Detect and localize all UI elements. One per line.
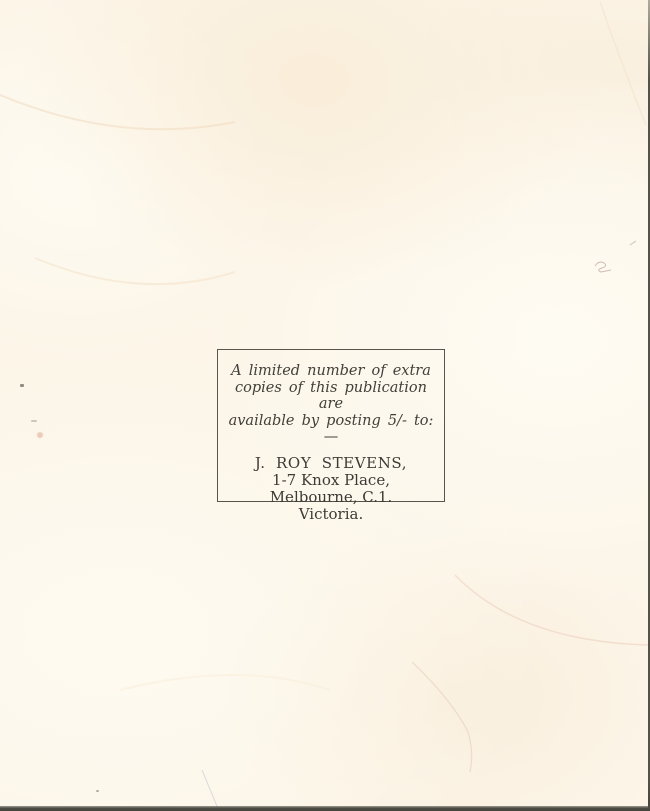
address-city: Melbourne, C.1. <box>222 489 440 506</box>
ink-speck-small <box>96 790 99 792</box>
page-edge-bottom <box>0 806 650 811</box>
address-state: Victoria. <box>222 506 440 523</box>
notice-box: A limited number of extra copies of this… <box>217 349 445 502</box>
pencil-tick <box>630 241 636 245</box>
notice-address: J. ROY STEVENS, 1-7 Knox Place, Melbourn… <box>222 455 440 523</box>
pencil-dash <box>31 420 37 422</box>
notice-intro-line-2: copies of this publication are <box>224 380 438 413</box>
notice-intro-line-3: available by posting 5/- to:— <box>224 413 438 446</box>
scanned-page: A limited number of extra copies of this… <box>0 0 650 811</box>
notice-intro-line-1: A limited number of extra <box>224 363 438 380</box>
notice-intro: A limited number of extra copies of this… <box>224 363 438 446</box>
address-name: J. ROY STEVENS, <box>222 455 440 472</box>
pencil-squiggle <box>595 262 611 272</box>
ink-speck <box>20 384 24 387</box>
faint-stain-dot <box>37 432 43 438</box>
address-street: 1-7 Knox Place, <box>222 472 440 489</box>
